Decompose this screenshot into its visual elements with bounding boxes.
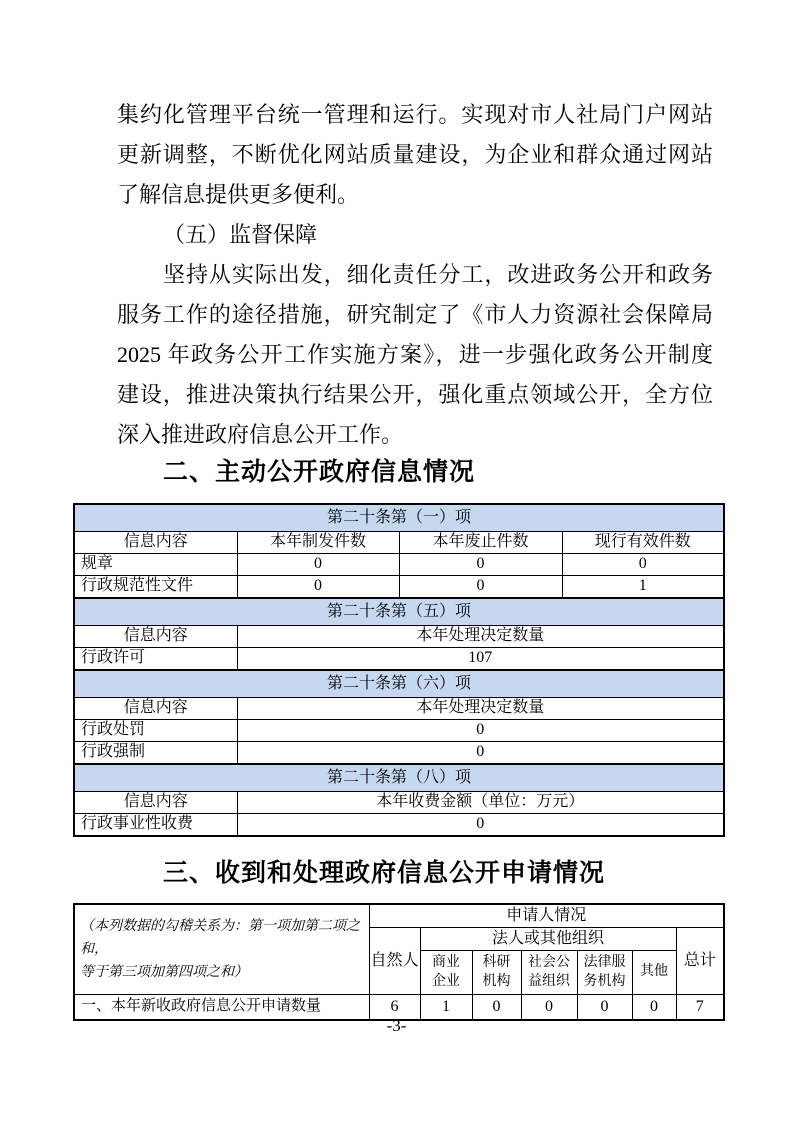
table-applications: （本列数据的勾稽关系为：第一项加第二项之和， 等于第三项加第四项之和） 申请人情… (73, 903, 725, 1021)
table2-col-other: 其他 (632, 951, 676, 995)
table2-col-total: 总计 (676, 928, 724, 995)
table2-col-public-welfare: 社会公 益组织 (521, 951, 577, 995)
table1-cell: 行政许可 (74, 648, 237, 671)
text-line: 更新调整，不断优化网站质量建设，为企业和群众通过网站 (117, 135, 713, 175)
table1-col-header: 本年收费金额（单位：万元） (237, 792, 724, 814)
table2-legal-org-header: 法人或其他组织 (420, 928, 676, 951)
table1-cell: 0 (399, 576, 562, 599)
text-line: 建设，推进决策执行结果公开，强化重点领域公开，全方位 (117, 375, 713, 415)
body-text: 集约化管理平台统一管理和运行。实现对市人社局门户网站更新调整，不断优化网站质量建… (117, 95, 713, 455)
text-line: 深入推进政府信息公开工作。 (117, 415, 713, 455)
table1-col-header: 本年制发件数 (237, 532, 399, 554)
table1-col-header: 信息内容 (74, 626, 237, 648)
table1-cell: 0 (237, 720, 724, 742)
table2-applicant-header: 申请人情况 (369, 904, 724, 928)
table1-cell: 0 (237, 554, 399, 576)
table1-col-header: 本年处理决定数量 (237, 698, 724, 720)
table1-col-header: 本年废止件数 (399, 532, 562, 554)
table1-cell: 0 (237, 576, 399, 599)
text-line: 坚持从实际出发，细化责任分工，改进政务公开和政务 (117, 255, 713, 295)
table1-col-header: 现行有效件数 (562, 532, 724, 554)
table1-col-header: 信息内容 (74, 792, 237, 814)
table2-col-legal-service: 法律服 务机构 (577, 951, 632, 995)
table1-cell: 0 (399, 554, 562, 576)
table2-col-natural-person: 自然人 (369, 928, 420, 995)
table1-section-title: 第二十条第（六）项 (74, 670, 724, 698)
table1-cell: 0 (237, 814, 724, 837)
table1-cell: 0 (562, 554, 724, 576)
table2-col-commercial: 商业 企业 (420, 951, 472, 995)
page-number: -3- (0, 1016, 793, 1036)
table1-cell: 行政规范性文件 (74, 576, 237, 599)
table1-cell: 行政处罚 (74, 720, 237, 742)
table1-cell: 107 (237, 648, 724, 671)
table1-cell: 1 (562, 576, 724, 599)
text-line: 2025 年政务公开工作实施方案》，进一步强化政务公开制度 (117, 335, 713, 375)
section-heading-2: 二、主动公开政府信息情况 (117, 452, 783, 488)
document-page: 集约化管理平台统一管理和运行。实现对市人社局门户网站更新调整，不断优化网站质量建… (0, 0, 793, 1122)
table1-section-title: 第二十条第（五）项 (74, 598, 724, 626)
table1-cell: 0 (237, 742, 724, 765)
text-line: 集约化管理平台统一管理和运行。实现对市人社局门户网站 (117, 95, 713, 135)
table1-col-header: 本年处理决定数量 (237, 626, 724, 648)
table2-note-cell: （本列数据的勾稽关系为：第一项加第二项之和， 等于第三项加第四项之和） (74, 904, 369, 995)
table1-cell: 行政事业性收费 (74, 814, 237, 837)
text-line: 了解信息提供更多便利。 (117, 175, 713, 215)
table1-section-title: 第二十条第（一）项 (74, 504, 724, 532)
table2-col-research: 科研 机构 (472, 951, 521, 995)
table1-col-header: 信息内容 (74, 698, 237, 720)
text-line: 服务工作的途径措施，研究制定了《市人力资源社会保障局 (117, 295, 713, 335)
section-heading-3: 三、收到和处理政府信息公开申请情况 (117, 853, 783, 889)
table1-cell: 规章 (74, 554, 237, 576)
table1-col-header: 信息内容 (74, 532, 237, 554)
table1-cell: 行政强制 (74, 742, 237, 765)
table1-section-title: 第二十条第（八）项 (74, 764, 724, 792)
table-article-20: 第二十条第（一）项信息内容本年制发件数本年废止件数现行有效件数规章000行政规范… (73, 503, 725, 837)
text-line: （五）监督保障 (117, 215, 713, 255)
